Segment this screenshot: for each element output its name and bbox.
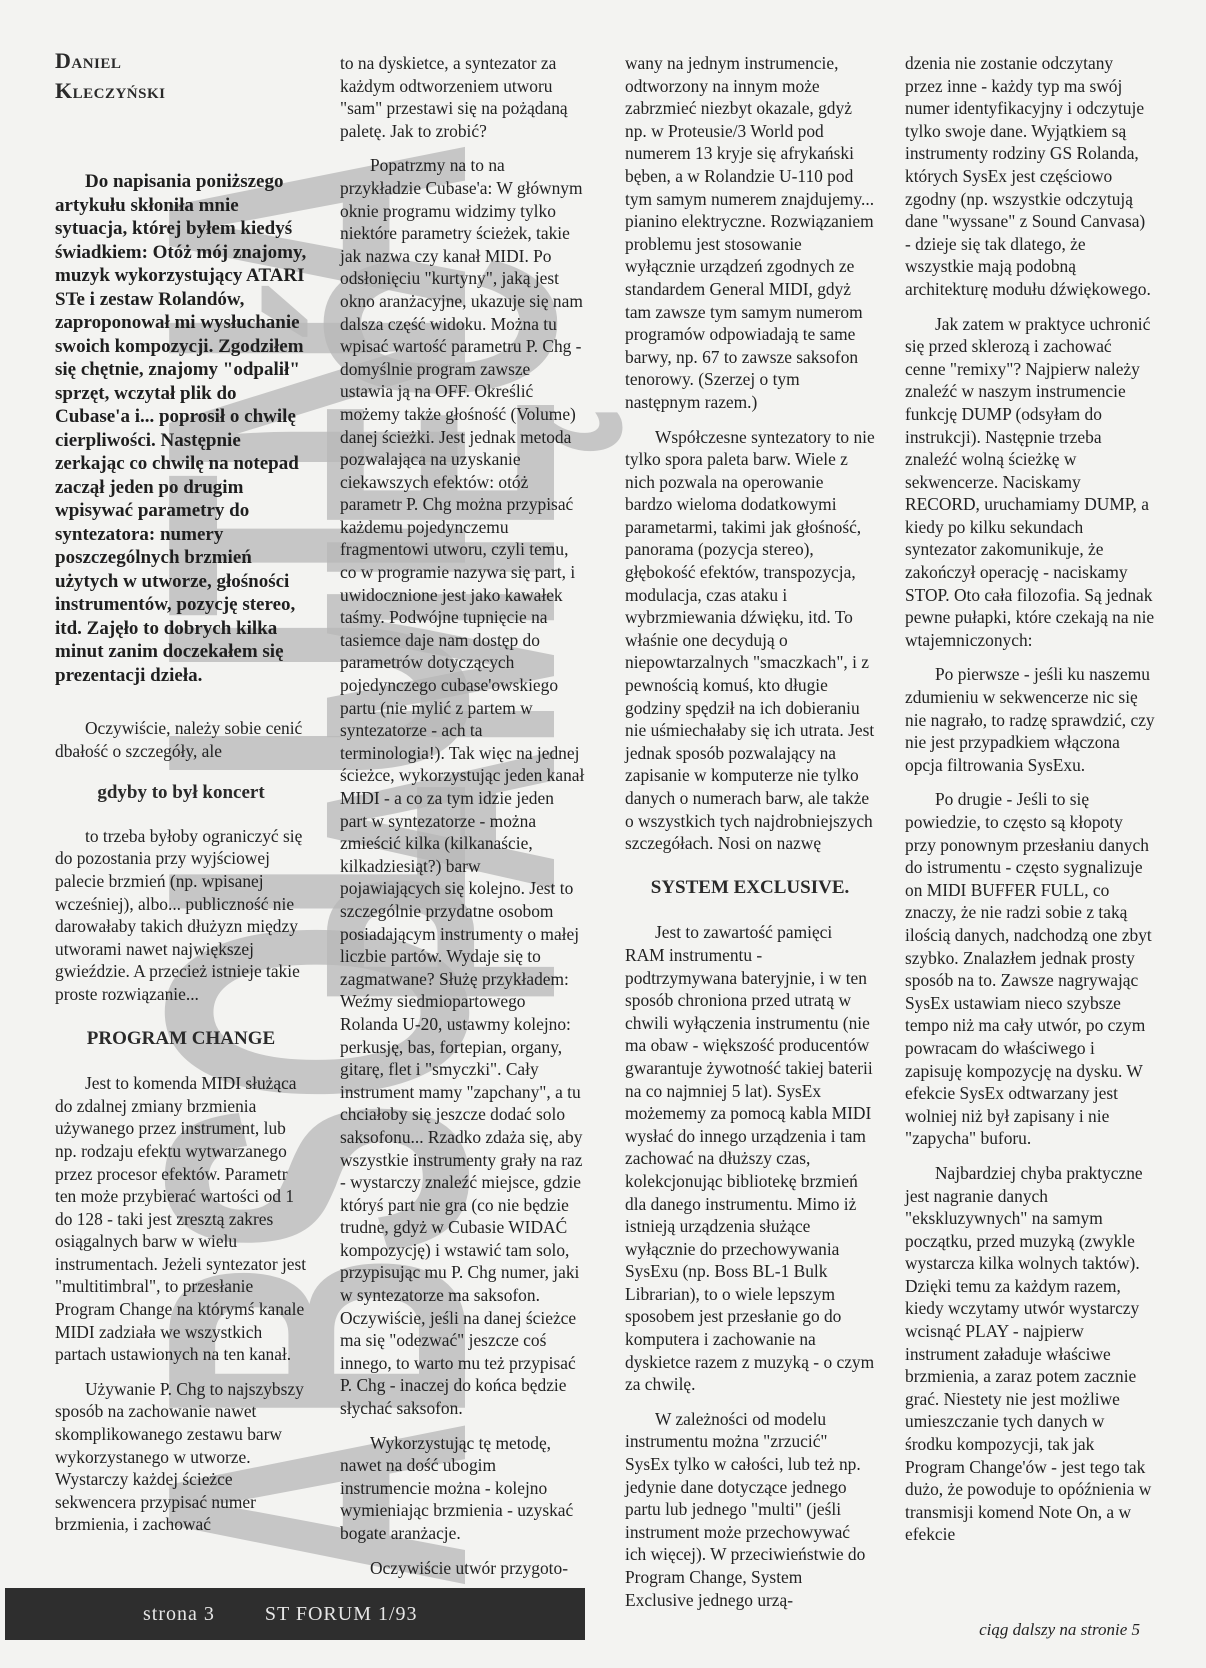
column-3: wany na jednym instrumencie, odtworzony … [625, 52, 875, 1623]
paragraph: Po pierwsze - jeśli ku naszemu zdumieniu… [905, 663, 1155, 776]
paragraph: Jak zatem w praktyce uchronić się przed … [905, 313, 1155, 652]
paragraph: W zależności od modelu instrumentu można… [625, 1408, 875, 1611]
paragraph: Po drugie - Jeśli to się powiedzie, to c… [905, 788, 1155, 1150]
column-1: Daniel Kleczyński Do napisania poniższeg… [55, 46, 307, 1548]
page-number: strona 3 [143, 1603, 215, 1626]
column-4: dzenia nie zostanie odczytany przez inne… [905, 52, 1155, 1558]
lead-paragraph: Do napisania poniższego artykułu skłonił… [55, 170, 307, 687]
section-heading-program-change: PROGRAM CHANGE [55, 1028, 307, 1051]
continued-note: ciąg dalszy na stronie 5 [900, 1620, 1140, 1640]
paragraph: Oczywiście, należy sobie cenić dbałość o… [55, 717, 307, 762]
paragraph: wany na jednym instrumencie, odtworzony … [625, 52, 875, 414]
author-byline: Daniel Kleczyński [55, 46, 307, 106]
magazine-issue: ST FORUM 1/93 [265, 1603, 418, 1626]
paragraph: Jest to komenda MIDI służąca do zdalnej … [55, 1072, 307, 1366]
author-last-name: Kleczyński [55, 76, 307, 106]
paragraph: Najbardziej chyba praktyczne jest nagran… [905, 1162, 1155, 1546]
paragraph: Oczywiście utwór przygoto- [340, 1557, 585, 1580]
section-heading-system-exclusive: SYSTEM EXCLUSIVE. [625, 877, 875, 900]
paragraph: Używanie P. Chg to najszybszy sposób na … [55, 1378, 307, 1536]
paragraph: Wykorzystując tę metodę, nawet na dość u… [340, 1432, 585, 1545]
paragraph: to trzeba byłoby ograniczyć się do pozos… [55, 825, 307, 1006]
paragraph: dzenia nie zostanie odczytany przez inne… [905, 52, 1155, 301]
paragraph: to na dyskietce, a syntezator za każdym … [340, 52, 585, 142]
column-2: to na dyskietce, a syntezator za każdym … [340, 52, 585, 1591]
paragraph: Popatrzmy na to na przykładzie Cubase'a:… [340, 154, 585, 1419]
subheading: gdyby to był koncert [55, 782, 307, 805]
paragraph: Współczesne syntezatory to nie tylko spo… [625, 426, 875, 855]
paragraph: Jest to zawartość pamięci RAM instrument… [625, 921, 875, 1395]
author-first-name: Daniel [55, 46, 307, 76]
footer-bar: strona 3 ST FORUM 1/93 [5, 1588, 585, 1640]
